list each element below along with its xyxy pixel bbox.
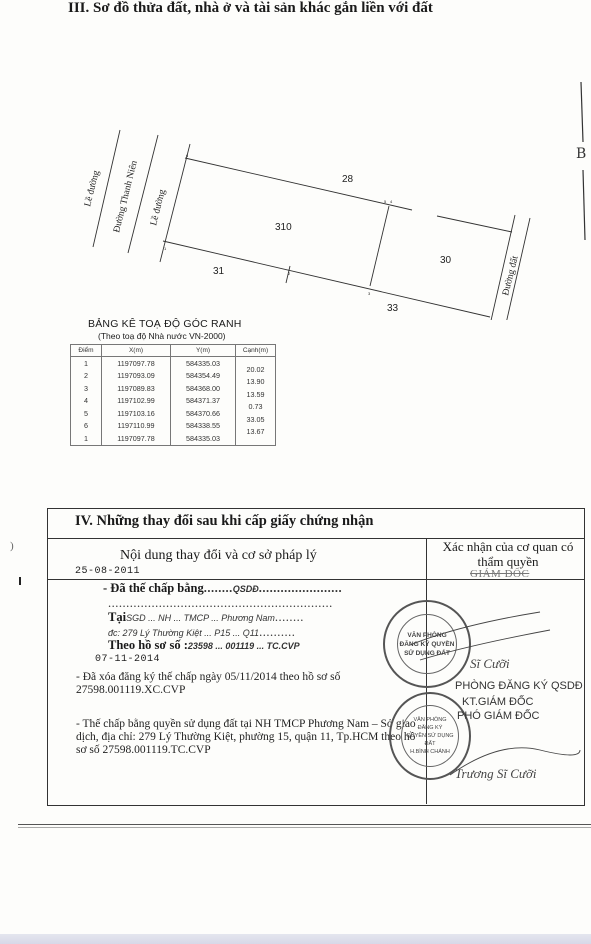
vertex-1: 1: [164, 246, 167, 251]
cell-edge: 33.05: [236, 413, 276, 426]
road-label-le-duong-2: Lề đường: [148, 188, 168, 227]
col-header-point: Điểm: [71, 345, 102, 357]
signer-office-title: PHÒNG ĐĂNG KÝ QSDĐ: [455, 680, 583, 692]
vertex-4: 4: [390, 199, 393, 204]
neighbor-28: 28: [342, 174, 354, 185]
margin-mark-left: ): [10, 540, 14, 552]
cell-point: 1: [71, 432, 102, 445]
column-header-content: Nội dung thay đổi và cơ sở pháp lý: [120, 548, 317, 564]
coord-table-subtitle: (Theo toạ độ Nhà nước VN-2000): [98, 331, 226, 341]
cell-edge: 13.67: [236, 426, 276, 439]
column-header-confirmation: Xác nhận của cơ quan có thẩm quyền: [438, 539, 578, 569]
cell-point: 2: [71, 370, 102, 383]
cell-y: 584371.37: [171, 395, 236, 408]
section-4-title: IV. Những thay đổi sau khi cấp giấy chứn…: [75, 513, 373, 530]
road-label-duong-dat: Đường đất: [500, 254, 521, 296]
neighbor-30: 30: [440, 255, 452, 266]
cell-y: 584370.66: [171, 407, 236, 420]
coord-table-title: BẢNG KÊ TOẠ ĐỘ GÓC RANH: [88, 318, 242, 330]
cell-edge: 20.02: [236, 363, 276, 376]
crossed-stamp-giam-doc: GIÁM ĐỐC: [470, 568, 529, 580]
date-stamp-2: 07-11-2014: [95, 654, 160, 665]
road-label-le-duong-1: Lề đường: [82, 169, 102, 208]
cell-x: 1197110.99: [102, 420, 171, 433]
table-row: 11197097.78584335.0320.02: [71, 357, 276, 370]
cell-point: 5: [71, 407, 102, 420]
signature-2: Trương Sĩ Cưỡi: [455, 766, 537, 782]
vertex-2: 2: [288, 271, 291, 276]
cell-x: 1197103.16: [102, 407, 171, 420]
date-stamp-1: 25-08-2011: [75, 566, 140, 577]
vertex-6: 6: [186, 153, 189, 158]
note-mortgage-release: - Đã xóa đăng ký thế chấp ngày 05/11/201…: [76, 671, 416, 697]
cell-point: 1: [71, 357, 102, 370]
neighbor-31: 31: [213, 266, 225, 277]
vertex-5: 5: [384, 199, 387, 204]
parcel-boundary-south: [163, 241, 490, 317]
horizontal-rule: [18, 824, 591, 825]
note-mortgage-registration: - Thế chấp bằng quyền sử dụng đất tại NH…: [76, 718, 416, 757]
margin-mark-left: [19, 577, 21, 585]
cell-y: 584354.49: [171, 370, 236, 383]
cell-y: 584335.03: [171, 357, 236, 370]
cell-y: 584335.03: [171, 432, 236, 445]
dotted-line: ........................................…: [108, 596, 333, 611]
cell-y: 584338.55: [171, 420, 236, 433]
entry-file-number-line: Theo hồ sơ số :23598 ... 001119 ... TC.C…: [108, 638, 300, 653]
window-bottom-bar: [0, 934, 591, 944]
horizontal-rule: [18, 827, 591, 828]
parcel-boundary-north: [185, 158, 412, 210]
parcel-divider: [370, 206, 389, 286]
cell-edge: 13.59: [236, 388, 276, 401]
cell-x: 1197089.83: [102, 382, 171, 395]
coordinate-table: Điểm X(m) Y(m) Cạnh(m) 11197097.78584335…: [70, 344, 276, 446]
cell-y: 584368.00: [171, 382, 236, 395]
cell-x: 1197093.09: [102, 370, 171, 383]
cell-point: 3: [71, 382, 102, 395]
cell-point: 6: [71, 420, 102, 433]
signature-1: Sĩ Cưỡi: [470, 656, 510, 672]
col-header-y: Y(m): [171, 345, 236, 357]
entry-mortgage-line: - Đã thế chấp bằng........QSDĐ..........…: [103, 581, 342, 596]
cell-x: 1197097.78: [102, 357, 171, 370]
col-header-edge: Cạnh(m): [236, 345, 276, 357]
neighbor-boundary: [437, 216, 512, 232]
signer-kt-title: KT.GIÁM ĐỐC: [462, 696, 534, 708]
cell-edge: 0.73: [236, 401, 276, 414]
cell-edge: 13.90: [236, 376, 276, 389]
margin-mark: B: [576, 146, 586, 162]
entry-location-line: TạiSGD ... NH ... TMCP ... Phương Nam...…: [108, 610, 304, 625]
land-plot-diagram: Lề đường Đường Thanh Niên Lề đường Đường…: [0, 0, 591, 320]
cell-point: 4: [71, 395, 102, 408]
cell-edge: [236, 438, 276, 451]
road-edge-line: [128, 135, 158, 253]
signer-deputy-title: PHÓ GIÁM ĐỐC: [457, 710, 540, 722]
cell-x: 1197097.78: [102, 432, 171, 445]
cell-x: 1197102.99: [102, 395, 171, 408]
col-header-x: X(m): [102, 345, 171, 357]
vertex-3: 3: [368, 291, 371, 296]
parcel-number-310: 310: [275, 222, 292, 233]
neighbor-33: 33: [387, 303, 399, 314]
